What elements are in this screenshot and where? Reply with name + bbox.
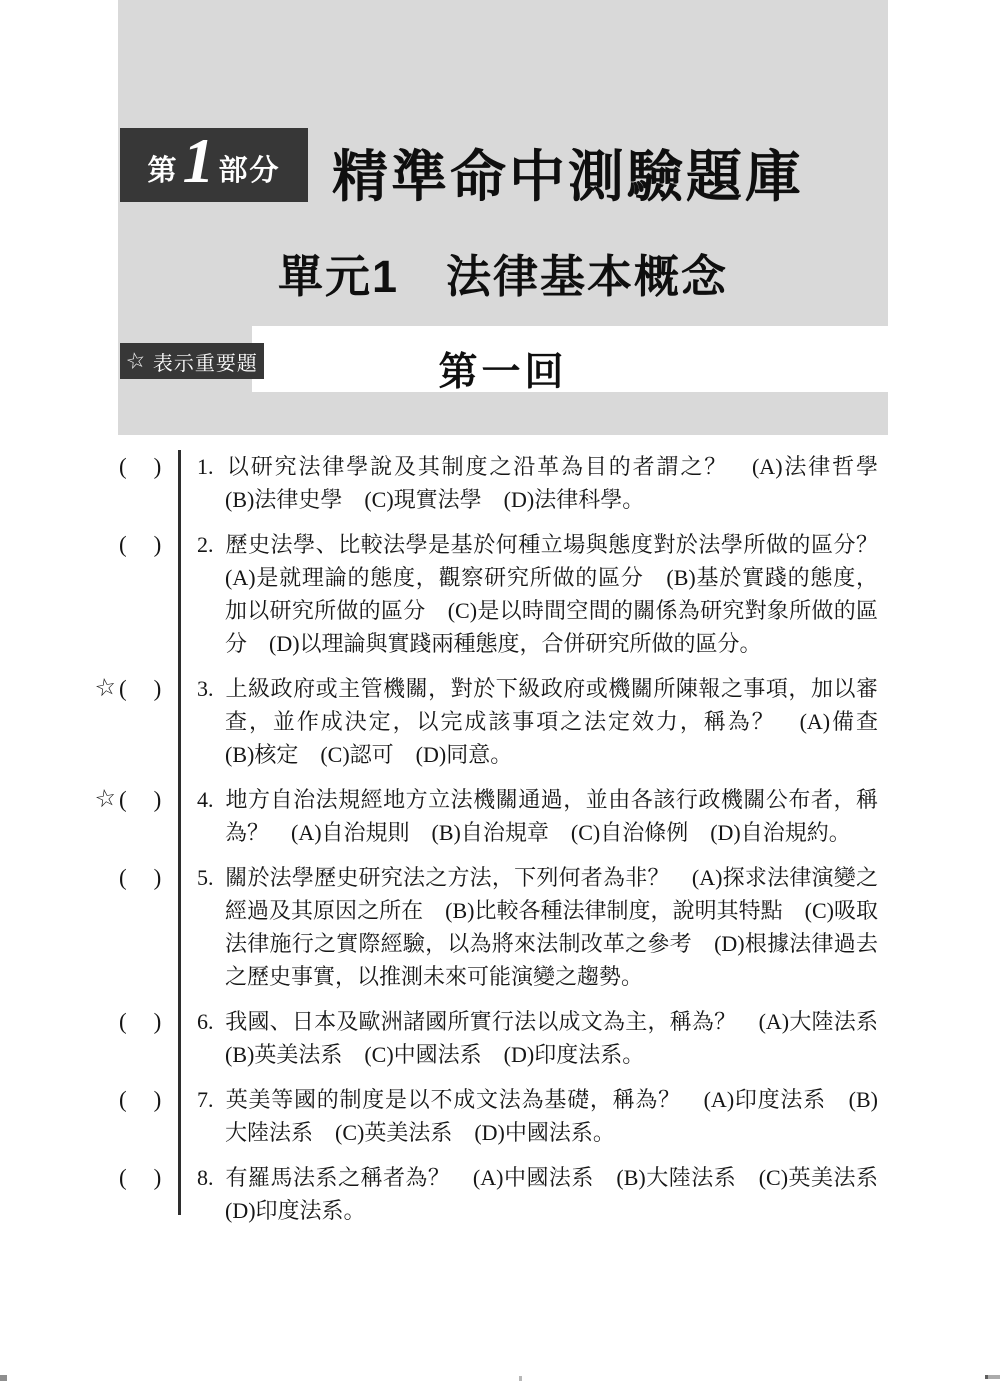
answer-parens: ( ) [119, 784, 163, 816]
answer-column: ☆ ( ) [95, 784, 163, 816]
question-number: 6. [197, 1005, 225, 1038]
question-number: 8. [197, 1161, 225, 1194]
question-text: 1.以研究法律學說及其制度之沿革為目的者謂之？ (A)法律哲學 (B)法律史學 … [197, 450, 878, 516]
question-content: 關於法學歷史研究法之方法，下列何者為非？ (A)探求法律演變之經過及其原因之所在… [225, 865, 878, 989]
part-number: 1 [183, 129, 215, 193]
page-turn-artifact-center [519, 1376, 522, 1381]
unit-title: 單元1 法律基本概念 [118, 240, 888, 305]
question-number: 2. [197, 528, 225, 561]
important-star-icon: ☆ [93, 782, 122, 816]
answer-column: ☆ ( ) [95, 673, 163, 705]
round-title: 第一回 [118, 341, 888, 397]
question-text: 3.上級政府或主管機關，對於下級政府或機關所陳報之事項，加以審查，並作成決定，以… [197, 672, 878, 771]
question-row-3: ☆ ( ) 3.上級政府或主管機關，對於下級政府或機關所陳報之事項，加以審查，並… [0, 672, 1000, 771]
question-content: 上級政府或主管機關，對於下級政府或機關所陳報之事項，加以審查，並作成決定，以完成… [225, 676, 900, 767]
question-content: 歷史法學、比較法學是基於何種立場與態度對於法學所做的區分？ (A)是就理論的態度… [225, 532, 900, 656]
question-row-8: ( ) 8.有羅馬法系之稱者為？ (A)中國法系 (B)大陸法系 (C)英美法系… [0, 1161, 1000, 1227]
question-text: 8.有羅馬法系之稱者為？ (A)中國法系 (B)大陸法系 (C)英美法系 (D)… [197, 1161, 878, 1227]
page-turn-artifact-right [985, 1375, 1000, 1379]
question-row-7: ( ) 7.英美等國的制度是以不成文法為基礎，稱為？ (A)印度法系 (B)大陸… [0, 1083, 1000, 1149]
question-row-5: ( ) 5.關於法學歷史研究法之方法，下列何者為非？ (A)探求法律演變之經過及… [0, 861, 1000, 993]
question-number: 4. [197, 783, 225, 816]
important-star-icon: ☆ [93, 671, 122, 705]
page-turn-artifact-left [0, 1375, 7, 1381]
answer-parens: ( ) [119, 1084, 163, 1116]
answer-column: ( ) [95, 862, 163, 894]
question-row-6: ( ) 6.我國、日本及歐洲諸國所實行法以成文為主，稱為？ (A)大陸法系 (B… [0, 1005, 1000, 1071]
part-label-suffix: 部分 [219, 142, 281, 189]
answer-column: ( ) [95, 451, 163, 483]
header-panel: 第 1 部分 精準命中測驗題庫 單元1 法律基本概念 ☆ 表示重要題 第一回 [118, 0, 888, 435]
star-icon [95, 860, 119, 864]
answer-column: ( ) [95, 529, 163, 561]
star-icon [95, 1082, 119, 1086]
question-content: 地方自治法規經地方立法機關通過，並由各該行政機關公布者，稱為？ (A)自治規則 … [225, 787, 878, 845]
answer-parens: ( ) [119, 529, 163, 561]
answer-parens: ( ) [119, 451, 163, 483]
question-content: 有羅馬法系之稱者為？ (A)中國法系 (B)大陸法系 (C)英美法系 (D)印度… [225, 1165, 900, 1223]
answer-column: ( ) [95, 1084, 163, 1116]
star-icon [95, 527, 119, 531]
answer-parens: ( ) [119, 1162, 163, 1194]
star-icon [95, 1160, 119, 1164]
answer-parens: ( ) [119, 862, 163, 894]
question-row-1: ( ) 1.以研究法律學說及其制度之沿革為目的者謂之？ (A)法律哲學 (B)法… [0, 450, 1000, 516]
question-content: 以研究法律學說及其制度之沿革為目的者謂之？ (A)法律哲學 (B)法律史學 (C… [225, 454, 900, 512]
question-text: 6.我國、日本及歐洲諸國所實行法以成文為主，稱為？ (A)大陸法系 (B)英美法… [197, 1005, 878, 1071]
question-number: 5. [197, 861, 225, 894]
answer-parens: ( ) [119, 673, 163, 705]
question-text: 7.英美等國的制度是以不成文法為基礎，稱為？ (A)印度法系 (B)大陸法系 (… [197, 1083, 878, 1149]
star-icon [95, 449, 119, 453]
question-text: 2.歷史法學、比較法學是基於何種立場與態度對於法學所做的區分？ (A)是就理論的… [197, 528, 878, 660]
answer-column: ( ) [95, 1006, 163, 1038]
question-text: 4.地方自治法規經地方立法機關通過，並由各該行政機關公布者，稱為？ (A)自治規… [197, 783, 878, 849]
star-icon [95, 1004, 119, 1008]
question-number: 7. [197, 1083, 225, 1116]
question-text: 5.關於法學歷史研究法之方法，下列何者為非？ (A)探求法律演變之經過及其原因之… [197, 861, 878, 993]
book-page: 第 1 部分 精準命中測驗題庫 單元1 法律基本概念 ☆ 表示重要題 第一回 (… [0, 0, 1000, 1381]
part-label-prefix: 第 [147, 142, 178, 189]
question-list: ( ) 1.以研究法律學說及其制度之沿革為目的者謂之？ (A)法律哲學 (B)法… [0, 450, 1000, 1239]
question-number: 1. [197, 450, 225, 483]
question-content: 英美等國的制度是以不成文法為基礎，稱為？ (A)印度法系 (B)大陸法系 (C)… [225, 1087, 878, 1145]
question-content: 我國、日本及歐洲諸國所實行法以成文為主，稱為？ (A)大陸法系 (B)英美法系 … [225, 1009, 900, 1067]
question-row-4: ☆ ( ) 4.地方自治法規經地方立法機關通過，並由各該行政機關公布者，稱為？ … [0, 783, 1000, 849]
page-title: 精準命中測驗題庫 [332, 133, 804, 213]
answer-parens: ( ) [119, 1006, 163, 1038]
question-number: 3. [197, 672, 225, 705]
answer-column: ( ) [95, 1162, 163, 1194]
part-banner: 第 1 部分 [120, 128, 308, 202]
question-row-2: ( ) 2.歷史法學、比較法學是基於何種立場與態度對於法學所做的區分？ (A)是… [0, 528, 1000, 660]
